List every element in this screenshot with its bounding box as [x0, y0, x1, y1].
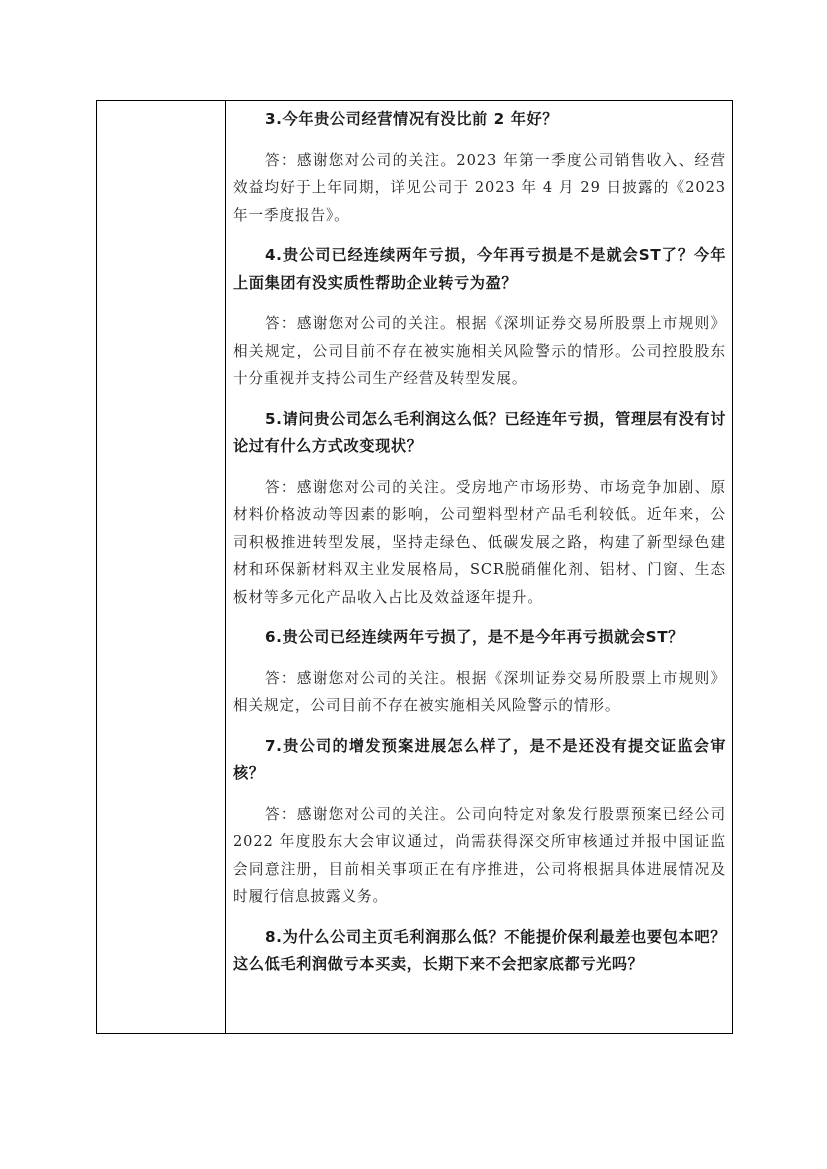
question: 8.为什么公司主页毛利润那么低？不能提价保利最差也要包本吧？这么低毛利润做亏本买…: [233, 924, 726, 979]
qa-item-3: 3.今年贵公司经营情况有没比前 2 年好？ 答：感谢您对公司的关注。2023 年…: [233, 106, 726, 229]
qa-item-8: 8.为什么公司主页毛利润那么低？不能提价保利最差也要包本吧？这么低毛利润做亏本买…: [233, 924, 726, 979]
answer: 答：感谢您对公司的关注。受房地产市场形势、市场竞争加剧、原材料价格波动等因素的影…: [233, 474, 726, 612]
answer: 答：感谢您对公司的关注。2023 年第一季度公司销售收入、经营效益均好于上年同期…: [233, 147, 726, 230]
question: 3.今年贵公司经营情况有没比前 2 年好？: [233, 106, 726, 134]
table-label-cell: [97, 101, 226, 1033]
qa-item-6: 6.贵公司已经连续两年亏损了，是不是今年再亏损就会ST？ 答：感谢您对公司的关注…: [233, 624, 726, 720]
answer: 答：感谢您对公司的关注。公司向特定对象发行股票预案已经公司 2022 年度股东大…: [233, 801, 726, 911]
answer: 答：感谢您对公司的关注。根据《深圳证券交易所股票上市规则》相关规定，公司目前不存…: [233, 665, 726, 720]
qa-item-5: 5.请问贵公司怎么毛利润这么低？已经连年亏损，管理层有没有讨论过有什么方式改变现…: [233, 406, 726, 612]
question: 4.贵公司已经连续两年亏损，今年再亏损是不是就会ST了？今年上面集团有没实质性帮…: [233, 242, 726, 297]
qa-item-7: 7.贵公司的增发预案进展怎么样了，是不是还没有提交证监会审核？ 答：感谢您对公司…: [233, 733, 726, 911]
question: 5.请问贵公司怎么毛利润这么低？已经连年亏损，管理层有没有讨论过有什么方式改变现…: [233, 406, 726, 461]
qa-item-4: 4.贵公司已经连续两年亏损，今年再亏损是不是就会ST了？今年上面集团有没实质性帮…: [233, 242, 726, 393]
qa-table: 3.今年贵公司经营情况有没比前 2 年好？ 答：感谢您对公司的关注。2023 年…: [96, 100, 733, 1034]
question: 6.贵公司已经连续两年亏损了，是不是今年再亏损就会ST？: [233, 624, 726, 652]
table-content-cell: 3.今年贵公司经营情况有没比前 2 年好？ 答：感谢您对公司的关注。2023 年…: [226, 101, 732, 1033]
question: 7.贵公司的增发预案进展怎么样了，是不是还没有提交证监会审核？: [233, 733, 726, 788]
answer: 答：感谢您对公司的关注。根据《深圳证券交易所股票上市规则》相关规定，公司目前不存…: [233, 310, 726, 393]
